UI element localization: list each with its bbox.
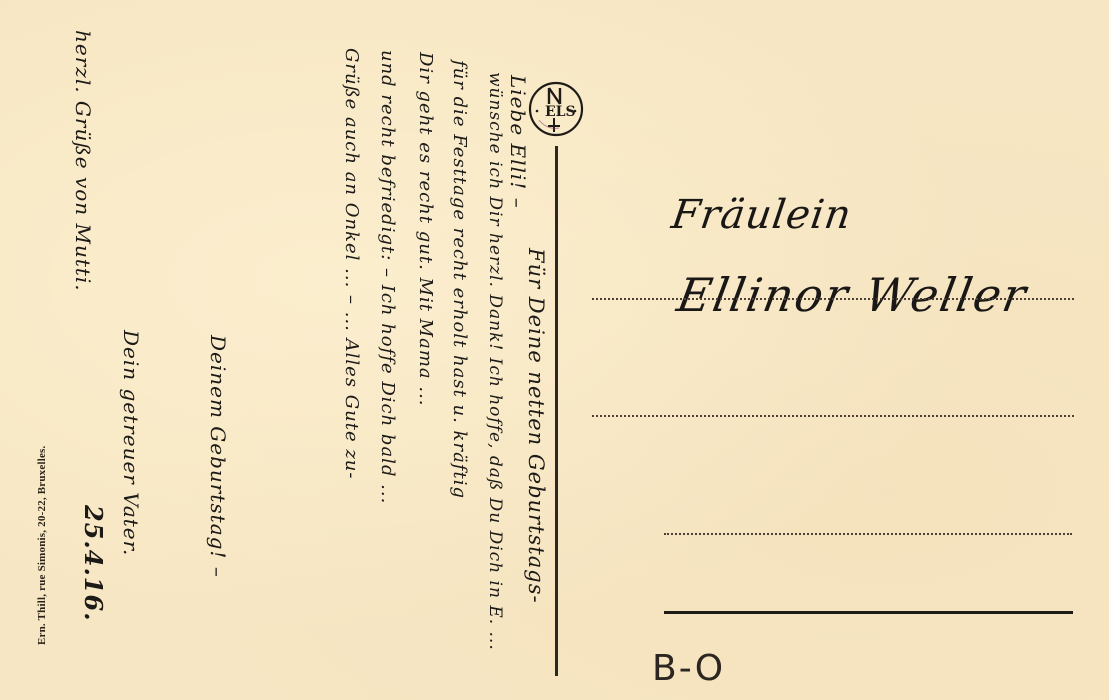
address-title: Fräulein xyxy=(669,192,855,238)
pencil-annotation: B-O xyxy=(652,648,725,689)
postcard-back: Ern. Thill, rue Simonis, 20-22, Bruxelle… xyxy=(0,0,1109,700)
message-line: und recht befriedigt: – Ich hoffe Dich b… xyxy=(377,50,398,504)
message-line: Dir geht es recht gut. Mit Mama ... xyxy=(415,52,436,407)
nels-logo-icon: ELS xyxy=(527,80,585,138)
address-line-3 xyxy=(664,533,1072,535)
address-name: Ellinor Weller xyxy=(673,268,1032,322)
message-postscript: herzl. Grüße von Mutti. xyxy=(71,30,95,292)
address-line-4 xyxy=(664,611,1073,614)
message-closing: Dein getreuer Vater. xyxy=(119,330,143,556)
address-line-2 xyxy=(592,415,1074,417)
message-line: wünsche ich Dir herzl. Dank! Ich hoffe, … xyxy=(485,72,505,651)
vertical-divider xyxy=(555,146,558,676)
message-line: Grüße auch an Onkel ... – ... Alles Gute… xyxy=(341,48,362,479)
message-greeting: Liebe Elli! – xyxy=(506,75,530,209)
message-line: Deinem Geburtstag! – xyxy=(206,335,230,578)
message-line: Für Deine netten Geburtstags- xyxy=(524,248,548,604)
logo-letters: ELS xyxy=(545,104,576,120)
publisher-imprint: Ern. Thill, rue Simonis, 20-22, Bruxelle… xyxy=(36,446,48,646)
message-date: 25.4.16. xyxy=(79,505,108,622)
address-line-1 xyxy=(592,298,1074,300)
message-line: für die Festtage recht erholt hast u. kr… xyxy=(449,60,470,499)
